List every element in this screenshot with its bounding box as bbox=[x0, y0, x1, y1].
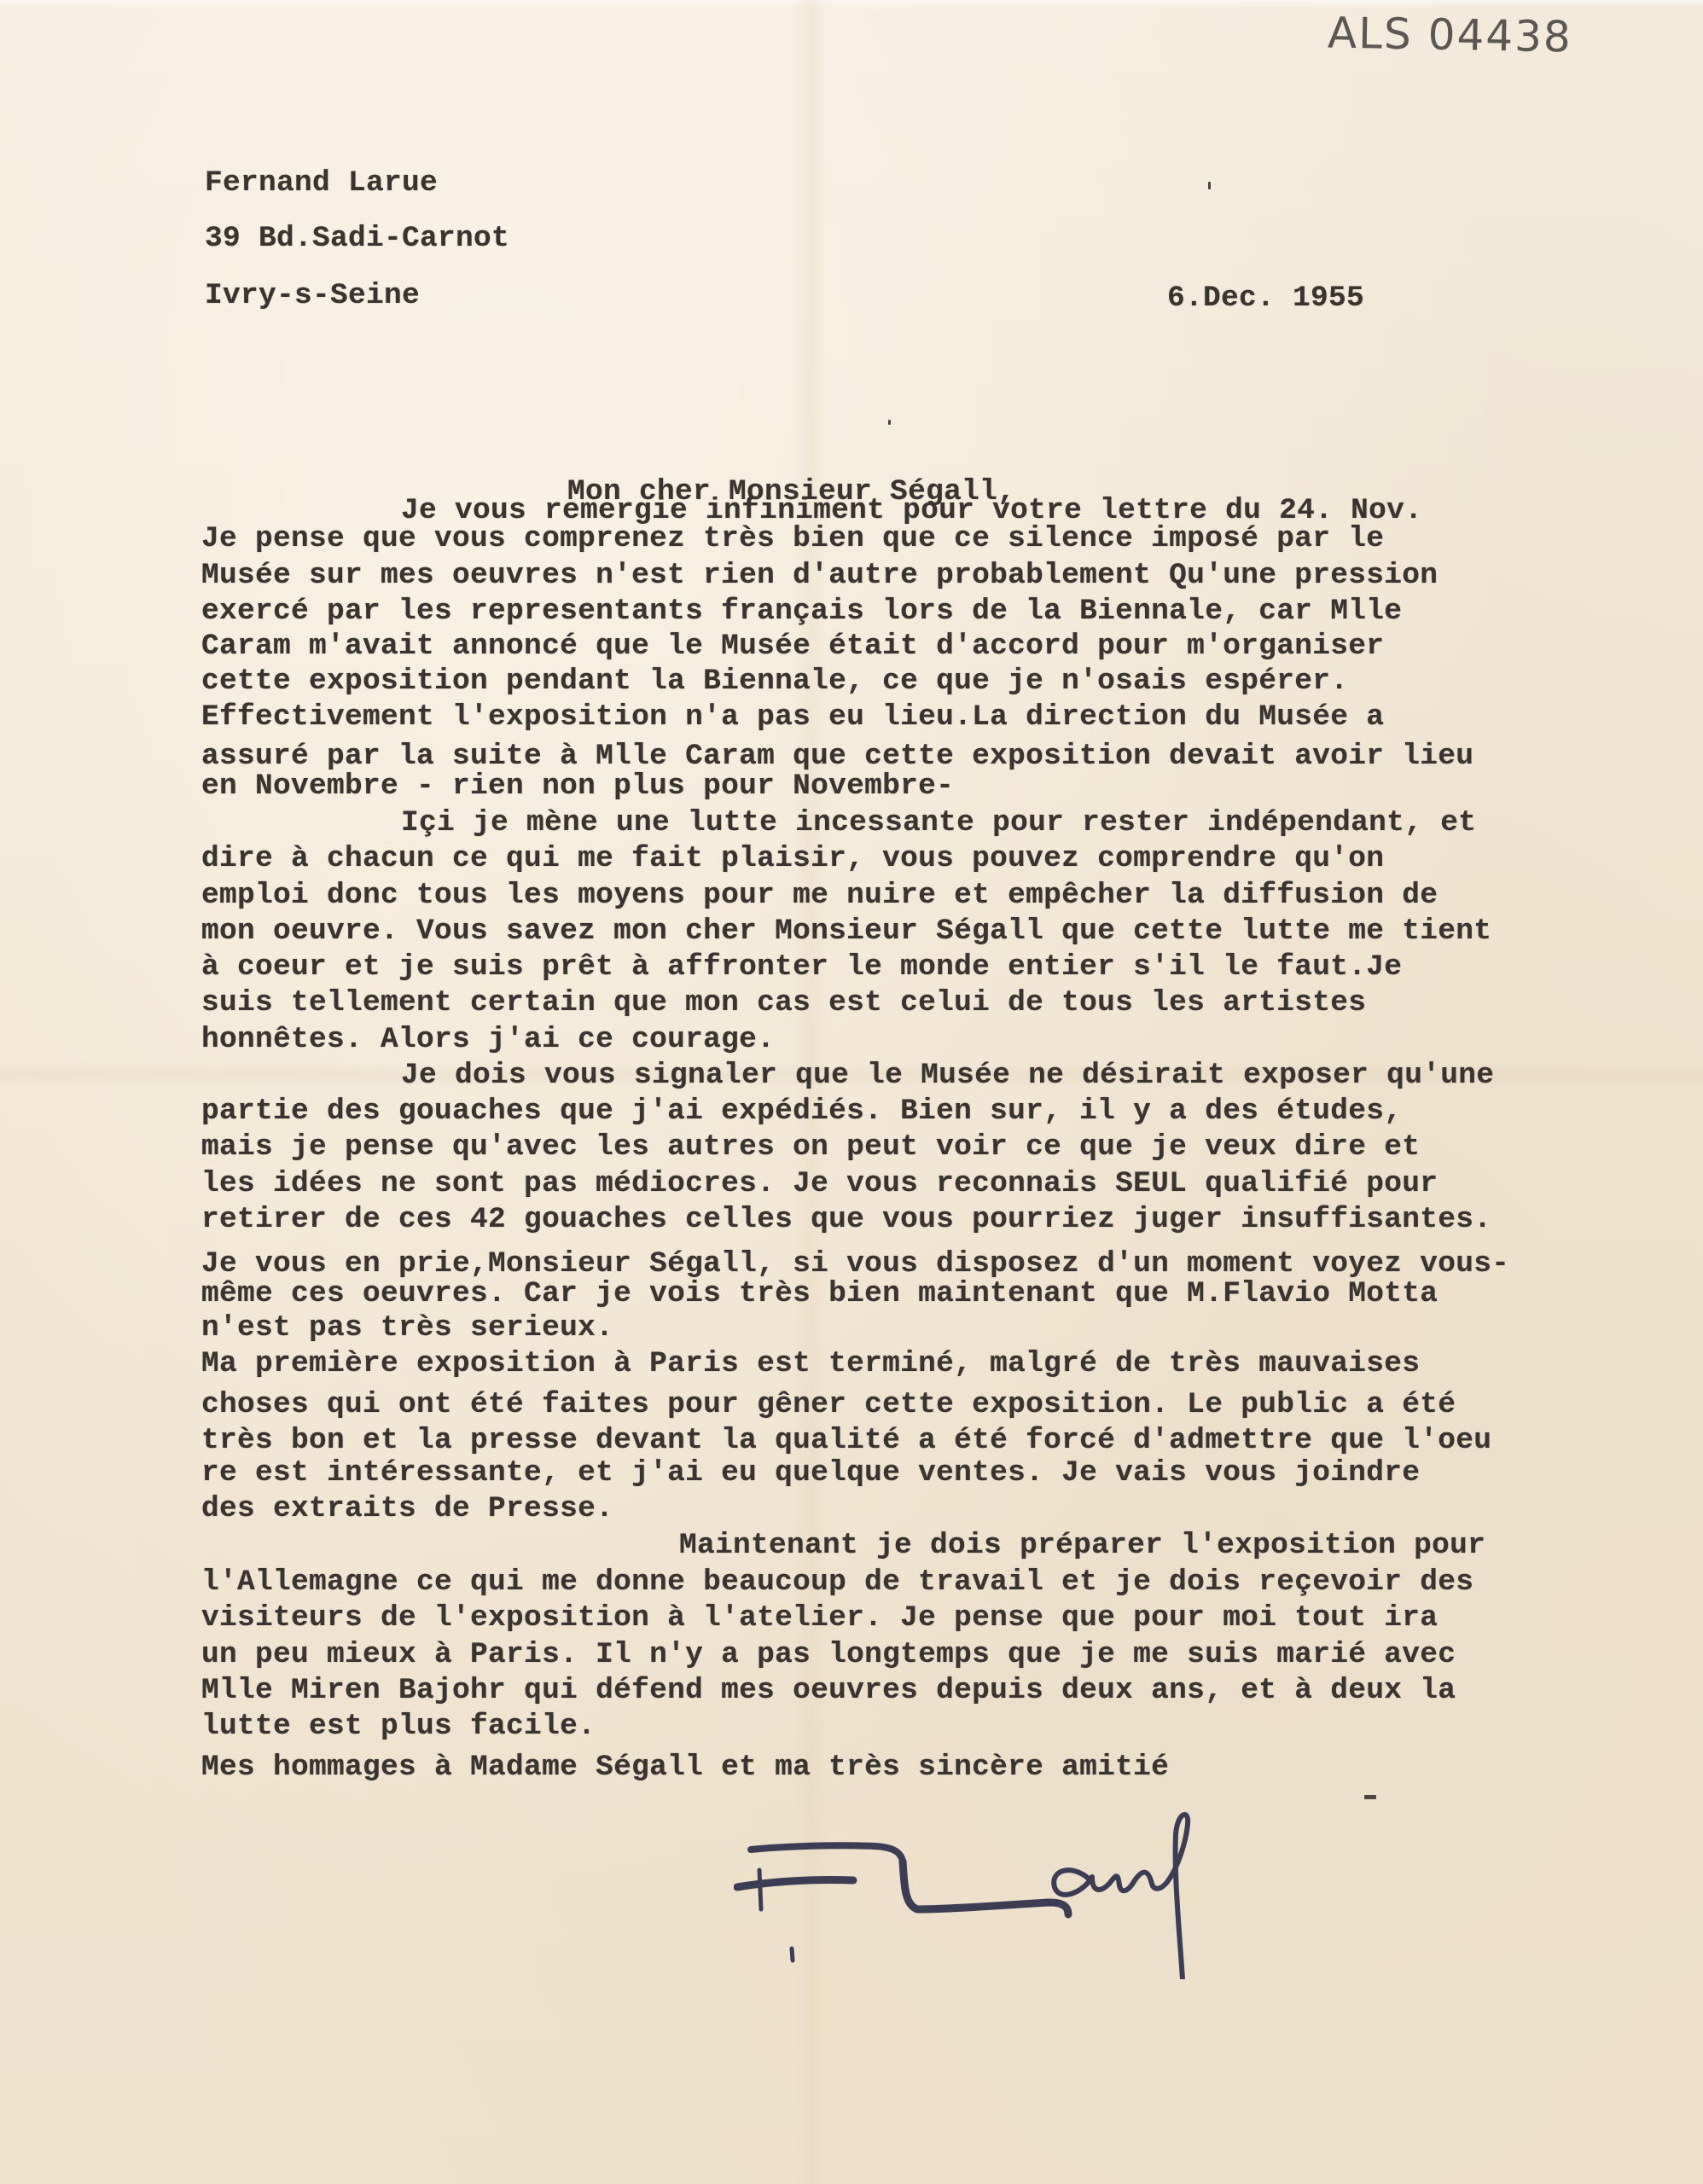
body-line: Je dois vous signaler que le Musée ne dé… bbox=[401, 1061, 1494, 1091]
body-line: mon oeuvre. Vous savez mon cher Monsieur… bbox=[201, 917, 1491, 947]
body-line: lutte est plus facile. bbox=[201, 1712, 596, 1742]
body-line: Ma première exposition à Paris est termi… bbox=[201, 1350, 1420, 1380]
body-line: retirer de ces 42 gouaches celles que vo… bbox=[201, 1205, 1491, 1235]
body-line: partie des gouaches que j'ai expédiés. B… bbox=[201, 1097, 1402, 1127]
body-line: l'Allemagne ce qui me donne beaucoup de … bbox=[201, 1568, 1473, 1598]
body-line: exercé par les representants français lo… bbox=[201, 597, 1402, 627]
body-line: cette exposition pendant la Biennale, ce… bbox=[201, 667, 1348, 697]
stray-type-mark bbox=[1208, 182, 1211, 189]
body-line: Mes hommages à Madame Ségall et ma très … bbox=[201, 1753, 1169, 1783]
body-line: Musée sur mes oeuvres n'est rien d'autre… bbox=[201, 561, 1438, 591]
body-line: visiteurs de l'exposition à l'atelier. J… bbox=[201, 1604, 1438, 1634]
body-line: mais je pense qu'avec les autres on peut… bbox=[201, 1133, 1420, 1163]
body-line: Içi je mène une lutte incessante pour re… bbox=[401, 809, 1476, 839]
body-line: Je vous en prie,Monsieur Ségall, si vous… bbox=[201, 1250, 1509, 1280]
body-line: même ces oeuvres. Car je vois très bien … bbox=[201, 1280, 1438, 1310]
body-line: n'est pas très serieux. bbox=[201, 1314, 613, 1344]
signature bbox=[734, 1809, 1416, 1979]
body-line: Mlle Miren Bajohr qui défend mes oeuvres… bbox=[201, 1676, 1456, 1706]
body-line: honnêtes. Alors j'ai ce courage. bbox=[201, 1025, 775, 1055]
sender-city: Ivry-s-Seine bbox=[205, 282, 420, 311]
body-line: Caram m'avait annoncé que le Musée était… bbox=[201, 632, 1384, 662]
body-line: les idées ne sont pas médiocres. Je vous… bbox=[201, 1170, 1438, 1199]
body-line: dire à chacun ce qui me fait plaisir, vo… bbox=[201, 845, 1384, 874]
body-line: très bon et la presse devant la qualité … bbox=[201, 1426, 1491, 1456]
body-line: en Novembre - rien non plus pour Novembr… bbox=[201, 772, 954, 802]
body-line: un peu mieux à Paris. Il n'y a pas longt… bbox=[201, 1641, 1456, 1670]
sender-street: 39 Bd.Sadi-Carnot bbox=[205, 224, 509, 254]
body-line: Maintenant je dois préparer l'exposition… bbox=[679, 1531, 1485, 1561]
body-line: des extraits de Presse. bbox=[201, 1495, 613, 1525]
body-line: assuré par la suite à Mlle Caram que cet… bbox=[201, 742, 1473, 772]
body-line: re est intéressante, et j'ai eu quelque … bbox=[201, 1459, 1420, 1489]
body-line: emploi donc tous les moyens pour me nuir… bbox=[201, 881, 1438, 911]
body-line: Effectivement l'exposition n'a pas eu li… bbox=[201, 703, 1384, 733]
sender-name: Fernand Larue bbox=[205, 169, 438, 199]
body-line: suis tellement certain que mon cas est c… bbox=[201, 989, 1366, 1019]
paper-top-edge bbox=[0, 0, 1703, 9]
catalog-mark: ALS 04438 bbox=[1328, 9, 1573, 62]
body-line: choses qui ont été faites pour gêner cet… bbox=[201, 1391, 1456, 1420]
stray-type-mark bbox=[888, 420, 891, 425]
letter-date: 6.Dec. 1955 bbox=[1167, 284, 1364, 314]
body-line: Je pense que vous comprenez très bien qu… bbox=[201, 525, 1384, 555]
body-line: à coeur et je suis prêt à affronter le m… bbox=[201, 953, 1402, 983]
stray-type-mark bbox=[1364, 1795, 1376, 1799]
